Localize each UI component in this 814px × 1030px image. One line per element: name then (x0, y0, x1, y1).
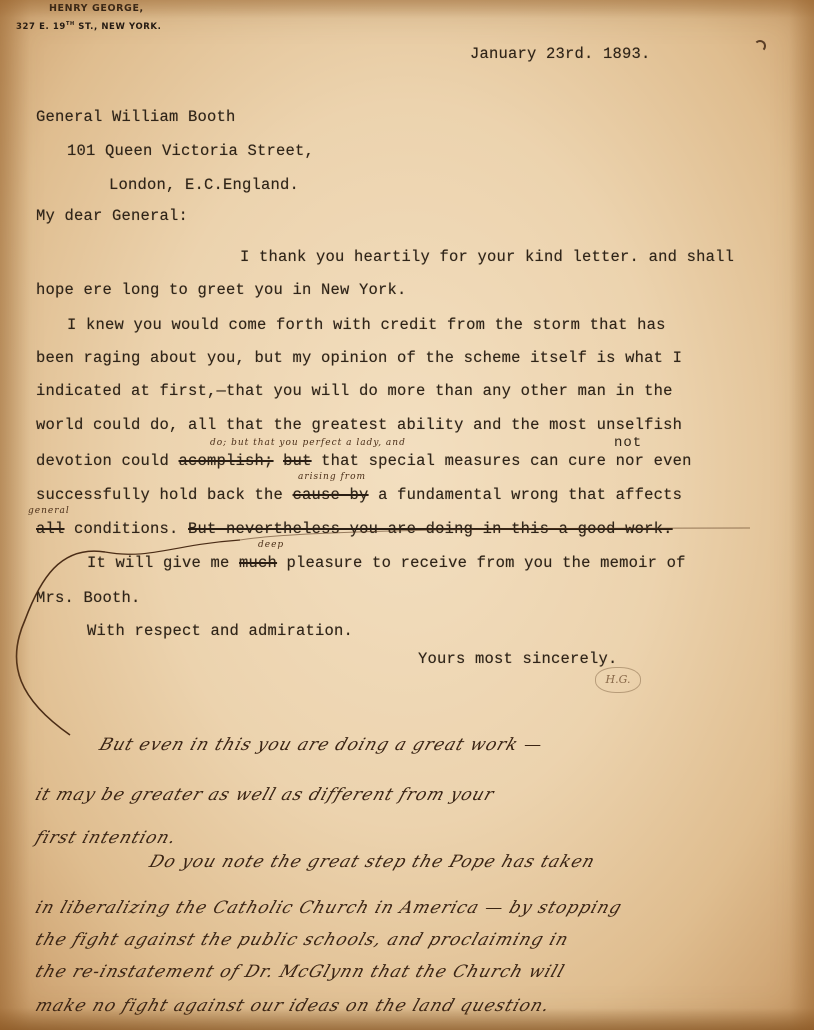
page-number-mark-icon (754, 40, 766, 52)
struck-text: acomplish; (179, 452, 274, 470)
letterhead-address-prefix: 327 E. 19 (16, 22, 66, 32)
initials-stamp: H.G. (595, 667, 641, 693)
struck-text: But nevertheless you are doing in this a… (188, 520, 673, 538)
letterhead-name: HENRY GEORGE, (49, 3, 144, 14)
struck-text: much (239, 554, 277, 572)
struck-text: all (36, 520, 65, 538)
body-line: hope ere long to greet you in New York. (36, 281, 407, 299)
postscript-line: the re-instatement of Dr. McGlynn that t… (33, 962, 568, 982)
recipient-city: London, E.C.England. (109, 176, 299, 194)
body-text: pleasure to receive from you the memoir … (277, 554, 686, 572)
struck-text: but (283, 452, 312, 470)
correction-above-all: general (28, 506, 70, 516)
body-text (274, 452, 284, 470)
body-line: I knew you would come forth with credit … (67, 316, 666, 334)
body-line: Mrs. Booth. (36, 589, 141, 607)
body-text: conditions. (65, 520, 189, 538)
struck-text: cause by (293, 486, 369, 504)
body-text: a fundamental wrong that affects (369, 486, 683, 504)
body-line: world could do, all that the greatest ab… (36, 416, 682, 434)
correction-above-accomplish: do; but that you perfect a lady, and (210, 438, 406, 448)
body-text: successfully hold back the (36, 486, 293, 504)
body-text: devotion could (36, 452, 179, 470)
body-line: I thank you heartily for your kind lette… (240, 248, 734, 266)
postscript-line: Do you note the great step the Pope has … (147, 852, 598, 872)
salutation: My dear General: (36, 207, 188, 225)
postscript-line: the fight against the public schools, an… (33, 930, 572, 950)
body-line: devotion could acomplish; but that speci… (36, 452, 692, 470)
postscript-line: first intention. (33, 828, 179, 848)
letterhead-address-suffix: ST., NEW YORK. (75, 22, 162, 32)
postscript-line: in liberalizing the Catholic Church in A… (33, 898, 625, 918)
correction-above-cause: arising from (298, 472, 366, 482)
letter-date: January 23rd. 1893. (470, 45, 651, 63)
body-line: It will give me much pleasure to receive… (87, 554, 686, 572)
body-text: that special measures can cure nor even (312, 452, 692, 470)
body-line: all conditions. But nevertheless you are… (36, 520, 673, 538)
postscript-line: make no fight against our ideas on the l… (33, 996, 553, 1016)
body-text: It will give me (87, 554, 239, 572)
valediction: Yours most sincerely. (418, 650, 618, 668)
recipient-street: 101 Queen Victoria Street, (67, 142, 314, 160)
body-line: successfully hold back the cause by a fu… (36, 486, 682, 504)
correction-above-cure: not (614, 435, 642, 451)
body-line: indicated at first,—that you will do mor… (36, 382, 673, 400)
postscript-line: But even in this you are doing a great w… (97, 735, 546, 755)
letter-page: HENRY GEORGE, 327 E. 19TH ST., NEW YORK.… (0, 0, 814, 1030)
correction-above-much: deep (258, 540, 284, 550)
body-line: been raging about you, but my opinion of… (36, 349, 682, 367)
recipient-name: General William Booth (36, 108, 236, 126)
letterhead-address-sup: TH (66, 21, 75, 27)
closing-line: With respect and admiration. (87, 622, 353, 640)
letterhead-address: 327 E. 19TH ST., NEW YORK. (16, 21, 161, 32)
postscript-line: it may be greater as well as different f… (33, 785, 497, 805)
